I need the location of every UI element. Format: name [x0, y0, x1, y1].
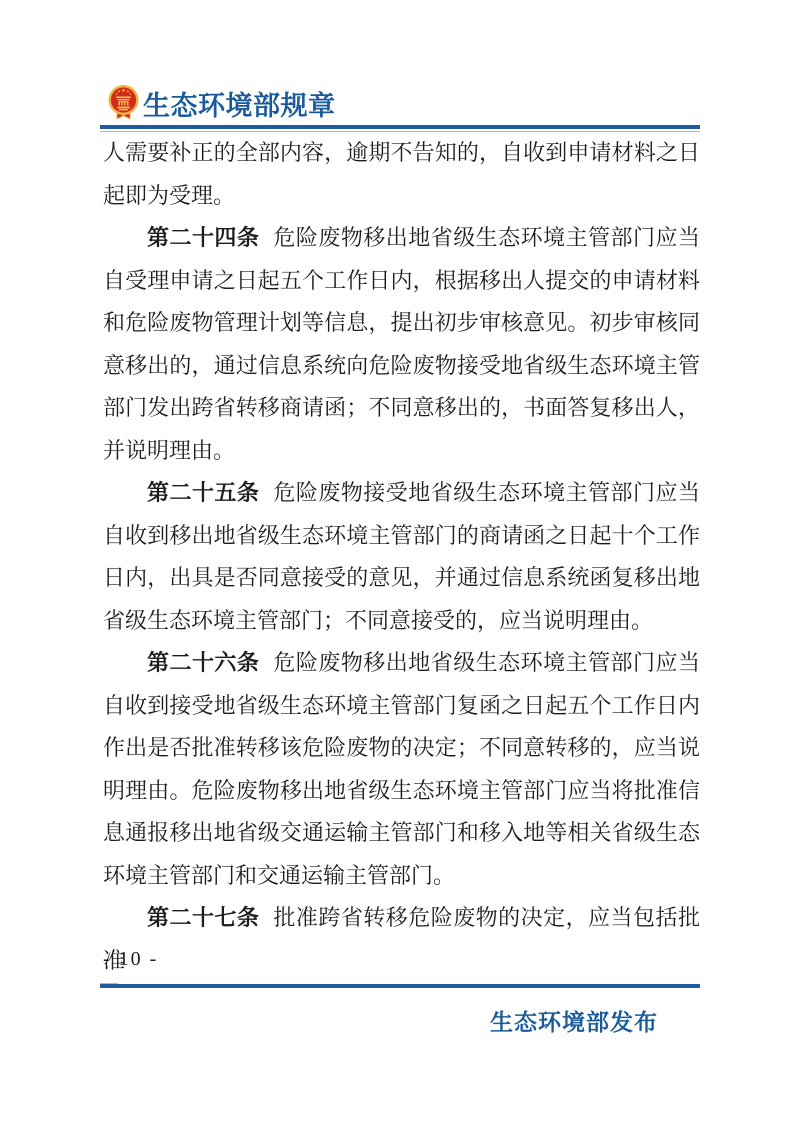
paragraph: 第二十七条批准跨省转移危险废物的决定，应当包括批准	[103, 897, 700, 982]
paragraph: 人需要补正的全部内容，逾期不告知的，自收到申请材料之日起即为受理。	[103, 132, 700, 217]
article-number: 第二十五条	[147, 480, 259, 505]
paragraph: 第二十六条危险废物移出地省级生态环境主管部门应当自收到接受地省级生态环境主管部门…	[103, 642, 700, 897]
article-text: 危险废物移出地省级生态环境主管部门应当自收到接受地省级生态环境主管部门复函之日起…	[103, 650, 700, 888]
header-title: 生态环境部规章	[143, 84, 336, 123]
article-number: 第二十六条	[147, 650, 259, 675]
paragraph: 第二十四条危险废物移出地省级生态环境主管部门应当自受理申请之日起五个工作日内，根…	[103, 217, 700, 472]
footer-publisher: 生态环境部发布	[490, 1004, 658, 1037]
article-text: 危险废物移出地省级生态环境主管部门应当自受理申请之日起五个工作日内，根据移出人提…	[103, 225, 700, 463]
page-number: - 10 -	[103, 948, 158, 971]
footer-rule	[100, 984, 700, 988]
document-page: 生态环境部规章 人需要补正的全部内容，逾期不告知的，自收到申请材料之日起即为受理…	[0, 0, 793, 1122]
article-text: 人需要补正的全部内容，逾期不告知的，自收到申请材料之日起即为受理。	[103, 140, 700, 208]
document-body: 人需要补正的全部内容，逾期不告知的，自收到申请材料之日起即为受理。第二十四条危险…	[103, 132, 700, 982]
page-header: 生态环境部规章	[107, 84, 336, 122]
china-national-emblem-icon	[107, 84, 140, 122]
article-number: 第二十四条	[147, 225, 259, 250]
paragraph: 第二十五条危险废物接受地省级生态环境主管部门应当自收到移出地省级生态环境主管部门…	[103, 472, 700, 642]
header-rule	[100, 125, 700, 129]
article-number: 第二十七条	[147, 905, 259, 930]
